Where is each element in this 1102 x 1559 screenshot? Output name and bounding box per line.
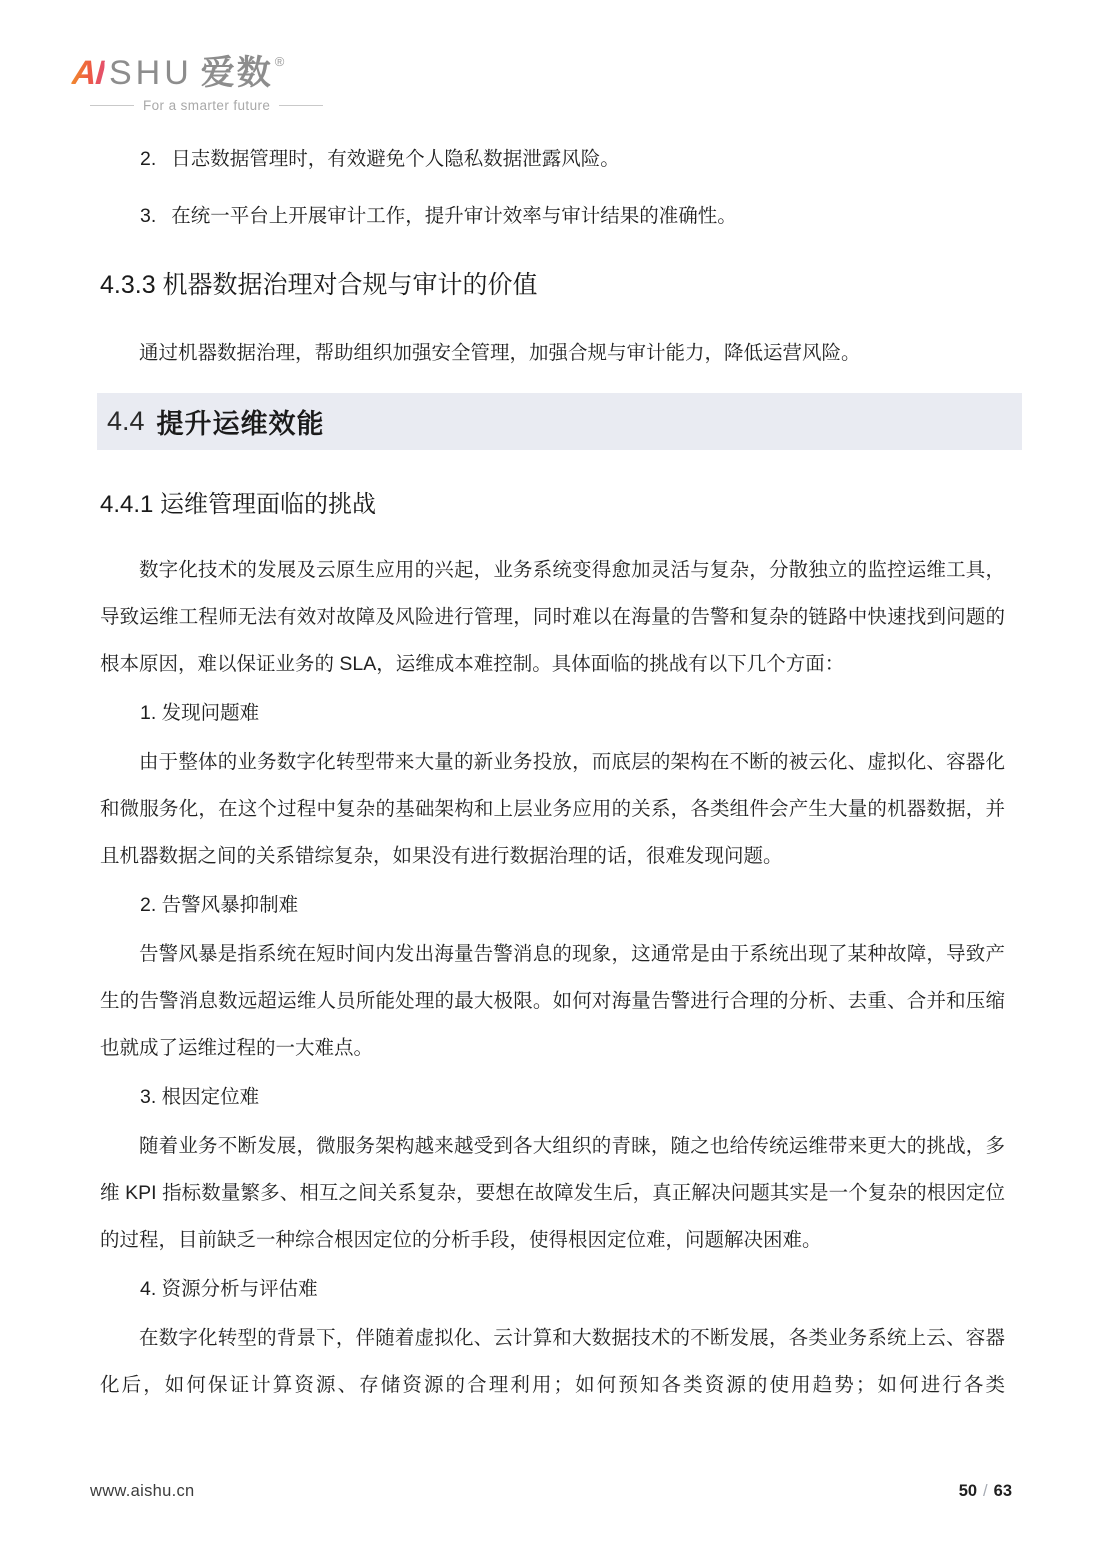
challenge-body-1: 由于整体的业务数字化转型带来大量的新业务投放，而底层的架构在不断的被云化、虚拟化…: [100, 739, 1005, 880]
aishu-logo: AISHU爱数® For a smarter future: [72, 42, 323, 113]
logo-wordmark: AISHU爱数®: [72, 42, 323, 93]
challenge-body-4: 在数字化转型的背景下，伴随着虚拟化、云计算和大数据技术的不断发展，各类业务系统上…: [100, 1315, 1005, 1409]
tagline-dash-left: [90, 105, 134, 106]
section-heading-4-4-bar: 4.4 提升运维效能: [97, 393, 1022, 450]
page-number-current: 50: [959, 1482, 977, 1500]
section-title: 提升运维效能: [157, 402, 325, 441]
paragraph-4-3-3: 通过机器数据治理，帮助组织加强安全管理，加强合规与审计能力，降低运营风险。: [100, 330, 1005, 377]
tagline-text: For a smarter future: [143, 98, 270, 113]
challenge-body-2: 告警风暴是指系统在短时间内发出海量告警消息的现象，这通常是由于系统出现了某种故障…: [100, 931, 1005, 1072]
document-page: AISHU爱数® For a smarter future 2.日志数据管理时，…: [0, 0, 1102, 1559]
logo-tagline: For a smarter future: [90, 98, 323, 113]
challenge-title-2: 2. 告警风暴抑制难: [100, 882, 1005, 929]
page-number-separator: /: [983, 1482, 988, 1500]
list-item-number: 2.: [140, 148, 156, 171]
list-item-number: 3.: [140, 205, 156, 228]
challenge-title-4: 4. 资源分析与评估难: [100, 1266, 1005, 1313]
page-number: 50/63: [959, 1482, 1012, 1501]
logo-cn-text: 爱数: [201, 54, 273, 92]
tagline-dash-right: [279, 105, 323, 106]
subsection-heading-4-4-1: 4.4.1 运维管理面临的挑战: [100, 488, 1005, 522]
challenge-body-3: 随着业务不断发展，微服务架构越来越受到各大组织的青睐，随之也给传统运维带来更大的…: [100, 1123, 1005, 1264]
registered-trademark-icon: ®: [275, 54, 285, 69]
logo-shu-text: SHU: [109, 54, 193, 92]
paragraph-4-4-1-intro: 数字化技术的发展及云原生应用的兴起，业务系统变得愈加灵活与复杂，分散独立的监控运…: [100, 547, 1005, 688]
list-item-3: 3.在统一平台上开展审计工作，提升审计效率与审计结果的准确性。: [100, 205, 1005, 228]
page-number-total: 63: [994, 1482, 1012, 1500]
section-heading-4-3-3: 4.3.3 机器数据治理对合规与审计的价值: [100, 268, 1005, 302]
footer-website-link[interactable]: www.aishu.cn: [90, 1482, 194, 1501]
logo-ai-text: AI: [71, 53, 106, 93]
page-content: 2.日志数据管理时，有效避免个人隐私数据泄露风险。 3.在统一平台上开展审计工作…: [0, 148, 1102, 1409]
list-item-2: 2.日志数据管理时，有效避免个人隐私数据泄露风险。: [100, 148, 1005, 171]
section-number: 4.4: [107, 406, 145, 437]
list-item-text: 在统一平台上开展审计工作，提升审计效率与审计结果的准确性。: [171, 205, 737, 227]
list-item-text: 日志数据管理时，有效避免个人隐私数据泄露风险。: [171, 148, 620, 170]
challenge-title-3: 3. 根因定位难: [100, 1074, 1005, 1121]
challenge-title-1: 1. 发现问题难: [100, 690, 1005, 737]
